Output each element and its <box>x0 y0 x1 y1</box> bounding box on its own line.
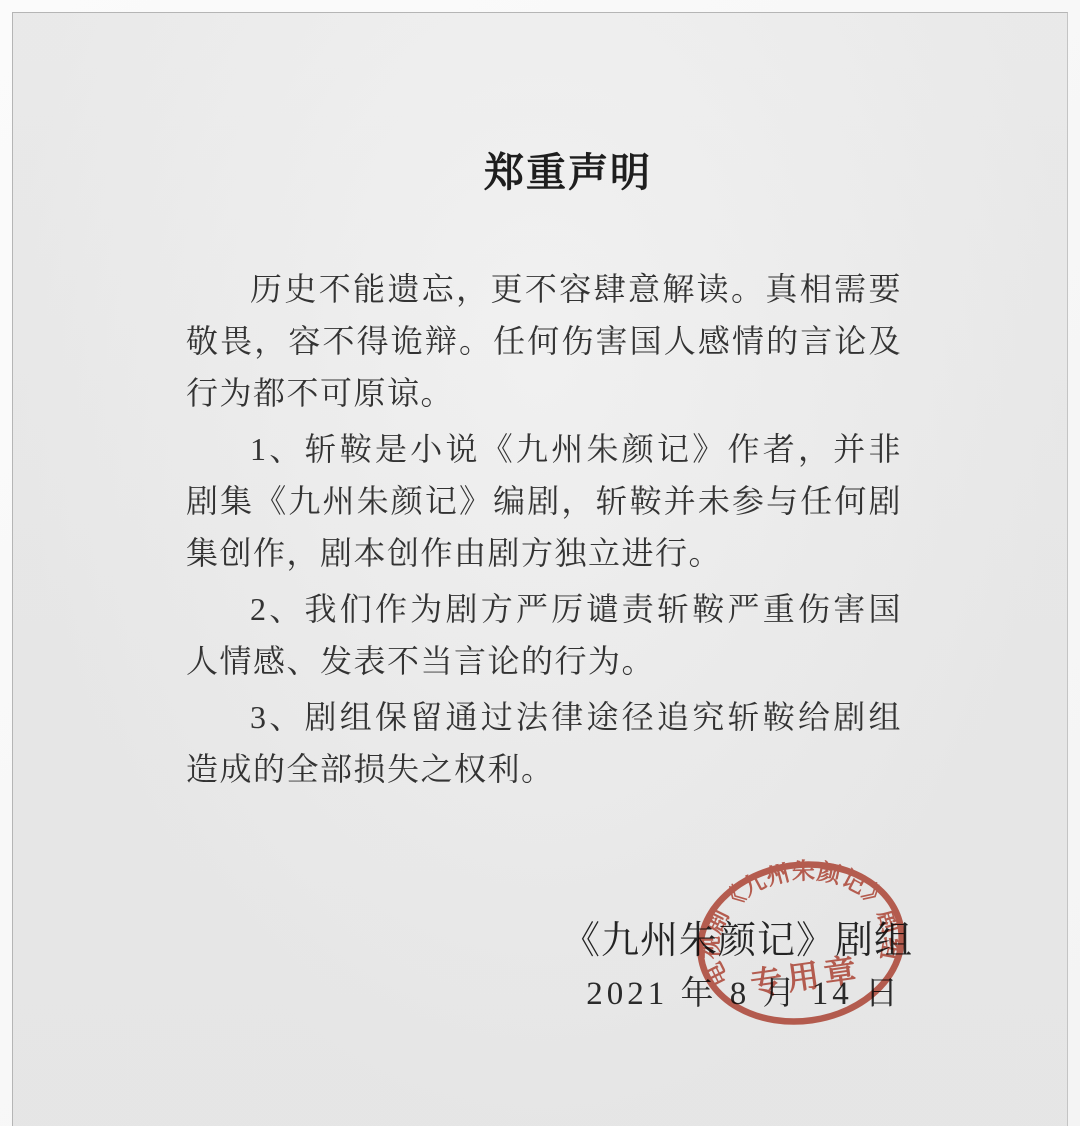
signature-date: 2021 年 8 月 14 日 <box>586 967 902 1014</box>
statement-paper: 郑重声明 历史不能遗忘，更不容肆意解读。真相需要敬畏，容不得诡辩。任何伤害国人感… <box>12 12 1068 1126</box>
statement-title: 郑重声明 <box>41 147 1080 199</box>
statement-paragraph-2: 2、我们作为剧方严厉谴责斩鞍严重伤害国人情感、发表不当言论的行为。 <box>186 583 902 687</box>
statement-paragraph-intro: 历史不能遗忘，更不容肆意解读。真相需要敬畏，容不得诡辩。任何伤害国人感情的言论及… <box>186 263 902 419</box>
statement-paragraph-1: 1、斩鞍是小说《九州朱颜记》作者，并非剧集《九州朱颜记》编剧，斩鞍并未参与任何剧… <box>186 423 902 579</box>
photo-background: 郑重声明 历史不能遗忘，更不容肆意解读。真相需要敬畏，容不得诡辩。任何伤害国人感… <box>0 0 1080 1126</box>
signature-name: 《九州朱颜记》剧组 <box>562 909 913 964</box>
statement-body: 历史不能遗忘，更不容肆意解读。真相需要敬畏，容不得诡辩。任何伤害国人感情的言论及… <box>186 263 902 799</box>
statement-paragraph-3: 3、剧组保留通过法律途径追究斩鞍给剧组造成的全部损失之权利。 <box>186 691 902 795</box>
